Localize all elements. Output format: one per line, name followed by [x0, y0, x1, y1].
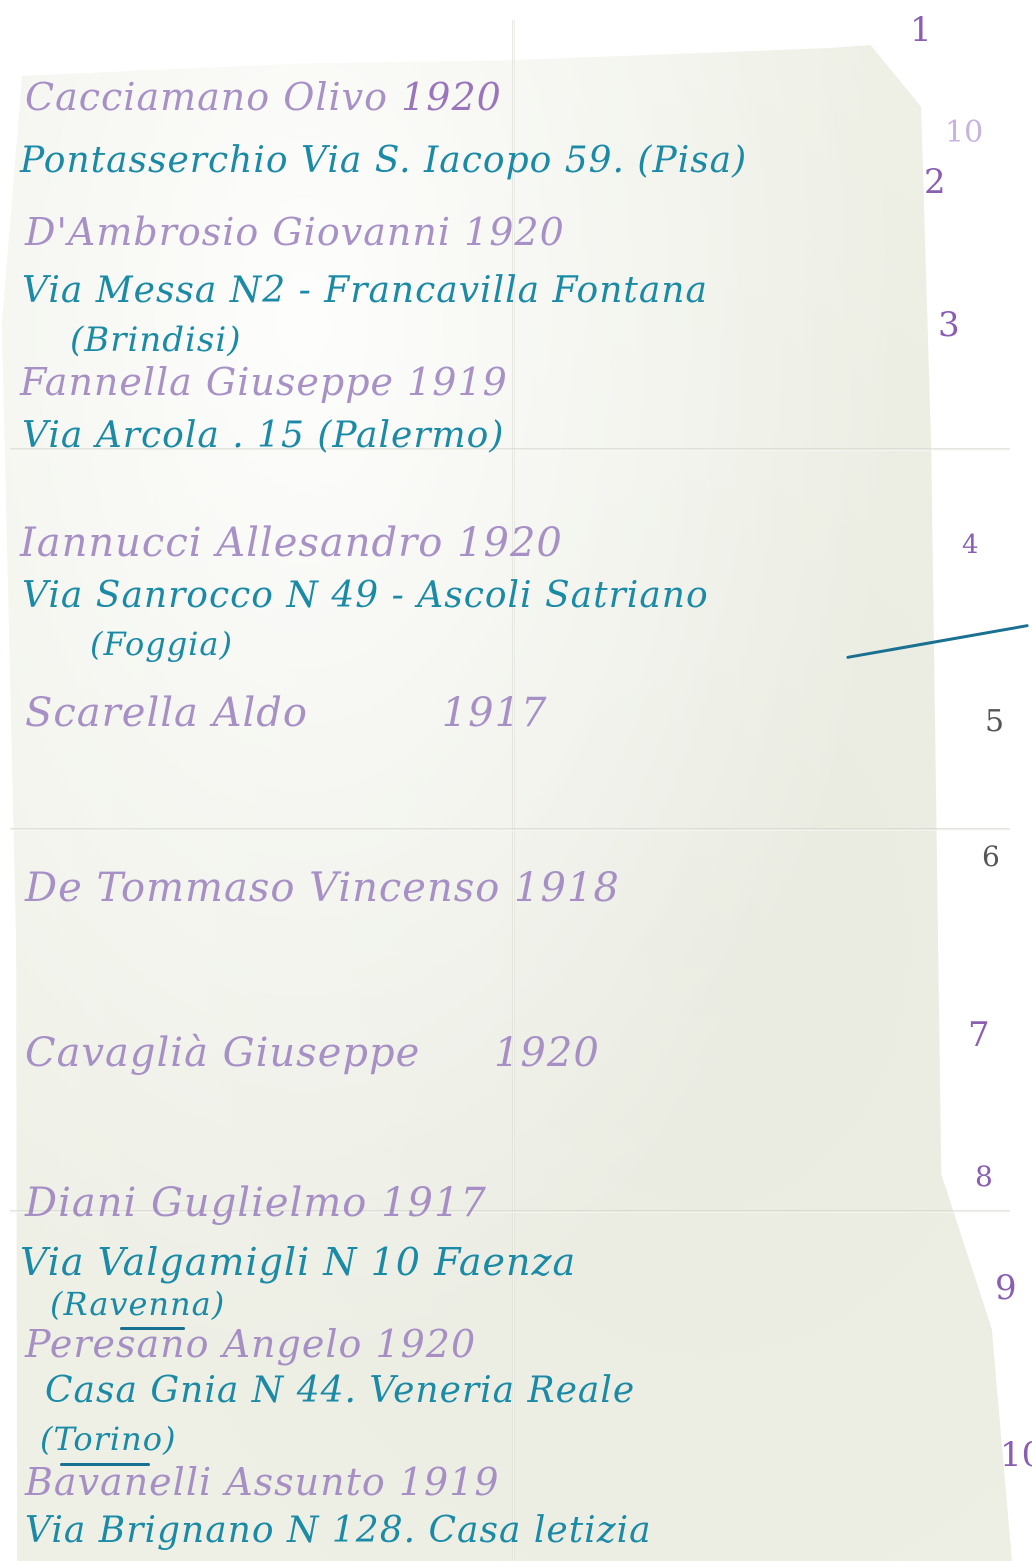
entry-number: 10	[1000, 1435, 1032, 1475]
entry-name: Diani Guglielmo	[25, 1180, 367, 1226]
entry-year: 1917	[381, 1180, 487, 1226]
entry-name: Fannella Giuseppe	[20, 360, 394, 404]
entry-number: 7	[968, 1015, 990, 1055]
stray-mark: 10	[945, 115, 983, 150]
entry-number: 1	[910, 10, 932, 50]
entry-number: 5	[985, 704, 1004, 739]
entry-year: 1919	[399, 1460, 500, 1504]
entry-province: (Torino)	[40, 1420, 177, 1458]
entry-name: Scarella Aldo	[25, 690, 308, 736]
entry-year: 1920	[494, 1030, 600, 1076]
entry-year: 1920	[464, 210, 565, 254]
entry-number: 2	[924, 162, 946, 202]
entry-province: (Ravenna)	[50, 1285, 225, 1323]
entry-address: Casa Gnia N 44. Veneria Reale	[45, 1370, 635, 1411]
entry-address: Via Messa N2 - Francavilla Fontana	[22, 270, 708, 311]
entry-province: (Brindisi)	[70, 320, 242, 360]
entry-number: 8	[975, 1160, 993, 1193]
entry-year: 1920	[401, 75, 502, 119]
entry-number: 4	[962, 530, 979, 560]
entry-name: Iannucci Allesandro	[20, 520, 443, 566]
entry-year: 1917	[442, 690, 548, 736]
entry-address: Via Sanrocco N 49 - Ascoli Satriano	[22, 575, 709, 616]
entry-name: Cavaglià Giuseppe	[25, 1030, 420, 1076]
entry-year: 1920	[375, 1322, 476, 1366]
entry-year: 1918	[514, 865, 620, 911]
entry-year: 1919	[407, 360, 508, 404]
entry-address: Pontasserchio Via S. Iacopo 59. (Pisa)	[20, 140, 747, 181]
entry-number: 6	[982, 840, 1000, 873]
horizontal-fold-crease	[10, 828, 1010, 831]
entry-number: 9	[995, 1268, 1017, 1308]
entry-name: Peresano Angelo	[25, 1322, 362, 1366]
entry-name: Bavanelli Assunto	[25, 1460, 386, 1504]
entry-name: D'Ambrosio Giovanni	[25, 210, 451, 254]
entry-province: (Foggia)	[90, 625, 233, 663]
entry-address: Via Valgamigli N 10 Faenza	[20, 1240, 576, 1284]
entry-year: 1920	[457, 520, 563, 566]
entry-address: Via Arcola . 15 (Palermo)	[22, 415, 504, 456]
entry-address: Via Brignano N 128. Casa letizia	[25, 1510, 652, 1551]
entry-name: De Tommaso Vincenso	[25, 865, 500, 911]
entry-name: Cacciamano Olivo	[25, 75, 388, 119]
entry-number: 3	[938, 305, 960, 345]
